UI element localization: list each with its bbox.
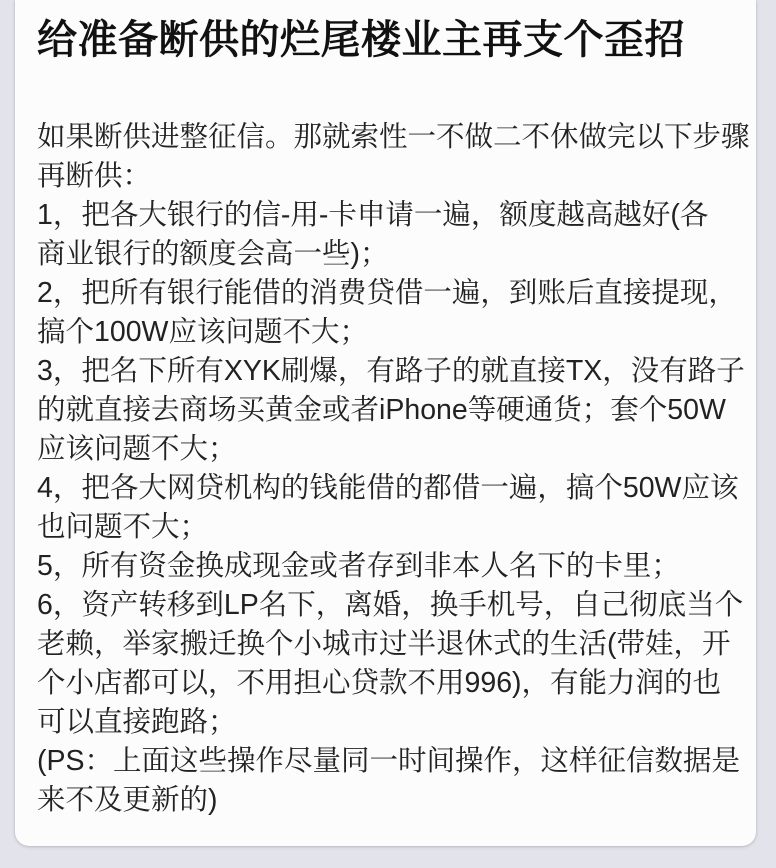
body-line: 2，把所有银行能借的消费贷借一遍，到账后直接提现， (37, 274, 736, 313)
article-body: 如果断供进整征信。那就索性一不做二不休做完以下步骤 再断供： 1，把各大银行的信… (37, 118, 736, 820)
body-line: 商业银行的额度会高一些)； (37, 235, 736, 274)
body-line: 应该问题不大； (37, 430, 736, 469)
body-line: 1，把各大银行的信-用-卡申请一遍，额度越高越好(各 (37, 196, 736, 235)
body-line: 也问题不大； (37, 508, 736, 547)
article-title: 给准备断供的烂尾楼业主再支个歪招 (37, 16, 736, 64)
page-background: { "article": { "title": "给准备断供的烂尾楼业主再支个歪… (0, 0, 776, 868)
body-line: 6，资产转移到LP名下，离婚，换手机号，自己彻底当个 (37, 586, 736, 625)
body-line: 可以直接跑路； (37, 703, 736, 742)
body-line: 老赖，举家搬迁换个小城市过半退休式的生活(带娃，开 (37, 625, 736, 664)
body-line: 3，把名下所有XYK刷爆，有路子的就直接TX，没有路子 (37, 352, 736, 391)
body-line: 如果断供进整征信。那就索性一不做二不休做完以下步骤 (37, 118, 736, 157)
body-line: 4，把各大网贷机构的钱能借的都借一遍，搞个50W应该 (37, 469, 736, 508)
body-line: 5，所有资金换成现金或者存到非本人名下的卡里； (37, 547, 736, 586)
body-line: 再断供： (37, 157, 736, 196)
article-card: 给准备断供的烂尾楼业主再支个歪招 如果断供进整征信。那就索性一不做二不休做完以下… (15, 0, 756, 846)
body-line: 搞个100W应该问题不大； (37, 313, 736, 352)
body-line: (PS：上面这些操作尽量同一时间操作，这样征信数据是 (37, 742, 736, 781)
body-line: 的就直接去商场买黄金或者iPhone等硬通货；套个50W (37, 391, 736, 430)
body-line: 来不及更新的) (37, 781, 736, 820)
body-line: 个小店都可以，不用担心贷款不用996)，有能力润的也 (37, 664, 736, 703)
